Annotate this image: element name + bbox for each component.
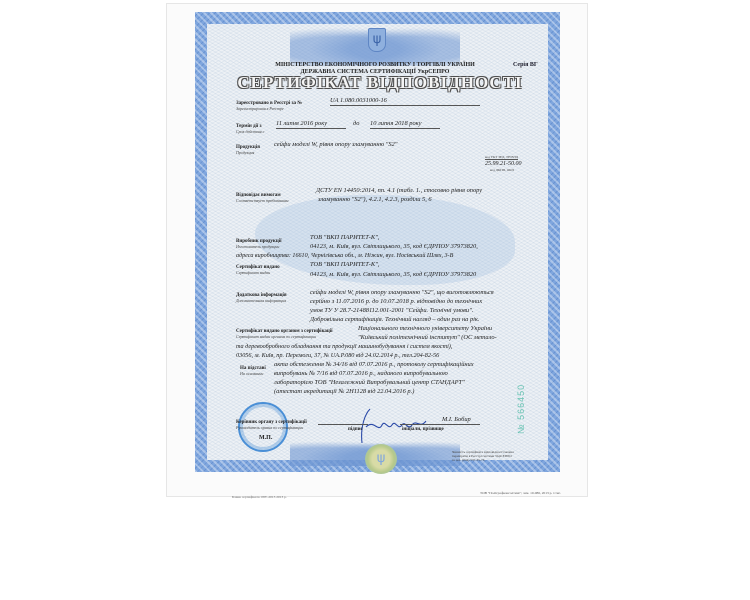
additional-info-line-3: умов ТУ У 28.7-21488112.001-2001 "Сейфи.… [310, 307, 473, 315]
validity-to: 10 липня 2018 року [370, 120, 440, 129]
requirements-line-1: ДСТУ EN 14450:2014, пп. 4.1 (табл. 1., с… [316, 187, 482, 195]
requirements-sublabel: Соответствует требованиям [236, 199, 288, 203]
name-caption: ініціали, прізвище [402, 427, 444, 432]
trident-icon: ψ [368, 28, 386, 52]
basis-line-3: лабораторією ТОВ "Незалежний Випробуваль… [274, 379, 465, 387]
ministry-name: МІНІСТЕРСТВО ЕКОНОМІЧНОГО РОЗВИТКУ І ТОР… [230, 62, 520, 69]
product-code-bottom-label: код ДКПП, ОКП [490, 168, 514, 172]
signature-caption: підпис [348, 427, 363, 432]
verification-note-line-3: за тел. (044) 537-35-76 [452, 458, 514, 462]
manufacturer-line-1: ТОВ "ВКП ПАРИТЕТ-К", [310, 234, 379, 242]
signature-line [318, 424, 368, 425]
registration-sublabel: Зарегистрирован в Реестре [236, 107, 284, 111]
cert-body-line-4: 03056, м. Київ, пр. Перемоги, 37, № UA.P… [236, 352, 439, 360]
hologram-seal-icon: ψ [365, 444, 397, 474]
validity-to-word: до [353, 120, 359, 128]
manufacturer-line-3: адреса виробництва: 16610, Чернігівська … [236, 252, 453, 260]
cert-body-line-3: та деревообробного обладнання та продукц… [236, 343, 452, 351]
verification-note: Чинність сертифіката відповідності можна… [452, 450, 514, 462]
additional-info-line-4: Добровільна сертифікація. Технічний нагл… [310, 316, 480, 324]
name-line [400, 424, 480, 425]
issued-to-sublabel: Сертификат выдан [236, 271, 270, 275]
product-value: сейфи моделі W, рівня опору зламуванню "… [274, 141, 397, 149]
registration-number: UA 1.080.0031000-16 [330, 97, 480, 106]
additional-info-line-1: сейфи моделі W, рівня опору зламуванню "… [310, 289, 494, 297]
signer-name: М.І. Бобир [442, 416, 471, 424]
validity-from: 11 липня 2016 року [276, 120, 346, 129]
cert-body-sublabel: Сертификат выдан органом по сертификации [236, 335, 316, 339]
signature-scribble [352, 405, 432, 445]
issued-to-line-2: 04123, м. Київ, вул. Світлицького, 35, к… [310, 271, 476, 279]
basis-line-1: акта обстеження № 34/16 від 07.07.2016 р… [274, 361, 474, 369]
serial-number: № 566450 [516, 384, 526, 434]
basis-line-4: (атестат акредитації № 2Н1128 від 22.04.… [274, 388, 414, 396]
requirements-line-2: зламуванню "S2"), 4.2.1, 4.2.3, розділи … [318, 196, 432, 204]
certificate-title: СЕРТИФІКАТ ВІДПОВІДНОСТІ [230, 73, 530, 93]
product-sublabel: Продукция [236, 151, 254, 155]
additional-info-sublabel: Дополнительная информация [236, 299, 286, 303]
series-label: Серія ВГ [513, 62, 538, 68]
basis-sublabel: На основании [240, 372, 263, 376]
product-code: 25.99.21-50.00 [485, 160, 522, 168]
additional-info-line-2: серійно з 11.07.2016 р. до 10.07.2018 р.… [310, 298, 482, 306]
validity-sublabel: Срок действия с [236, 130, 264, 134]
manufacturer-line-2: 04123, м. Київ, вул. Світлицького, 35, к… [310, 243, 478, 251]
basis-line-2: випробувань № 7/16 від 07.07.2016 р., на… [274, 370, 448, 378]
issued-to-line-1: ТОВ "ВКП ПАРИТЕТ-К", [310, 261, 379, 269]
cert-body-line-2: "Київський політехнічний інститут" (ОС м… [358, 334, 497, 342]
manufacturer-sublabel: Изготовитель продукции [236, 245, 279, 249]
cert-body-line-1: Національного технічного університету Ук… [358, 325, 492, 333]
footer-left: Бланк сертифіката: 08У-2013 2013 р. [232, 495, 287, 499]
head-sublabel: Руководитель органа по сертификации [236, 426, 303, 430]
footer-right: ТОВ "Поліграфконсалтинг", зам. 10-086, 2… [480, 491, 561, 495]
stamp-place-label: М.П. [259, 436, 272, 441]
